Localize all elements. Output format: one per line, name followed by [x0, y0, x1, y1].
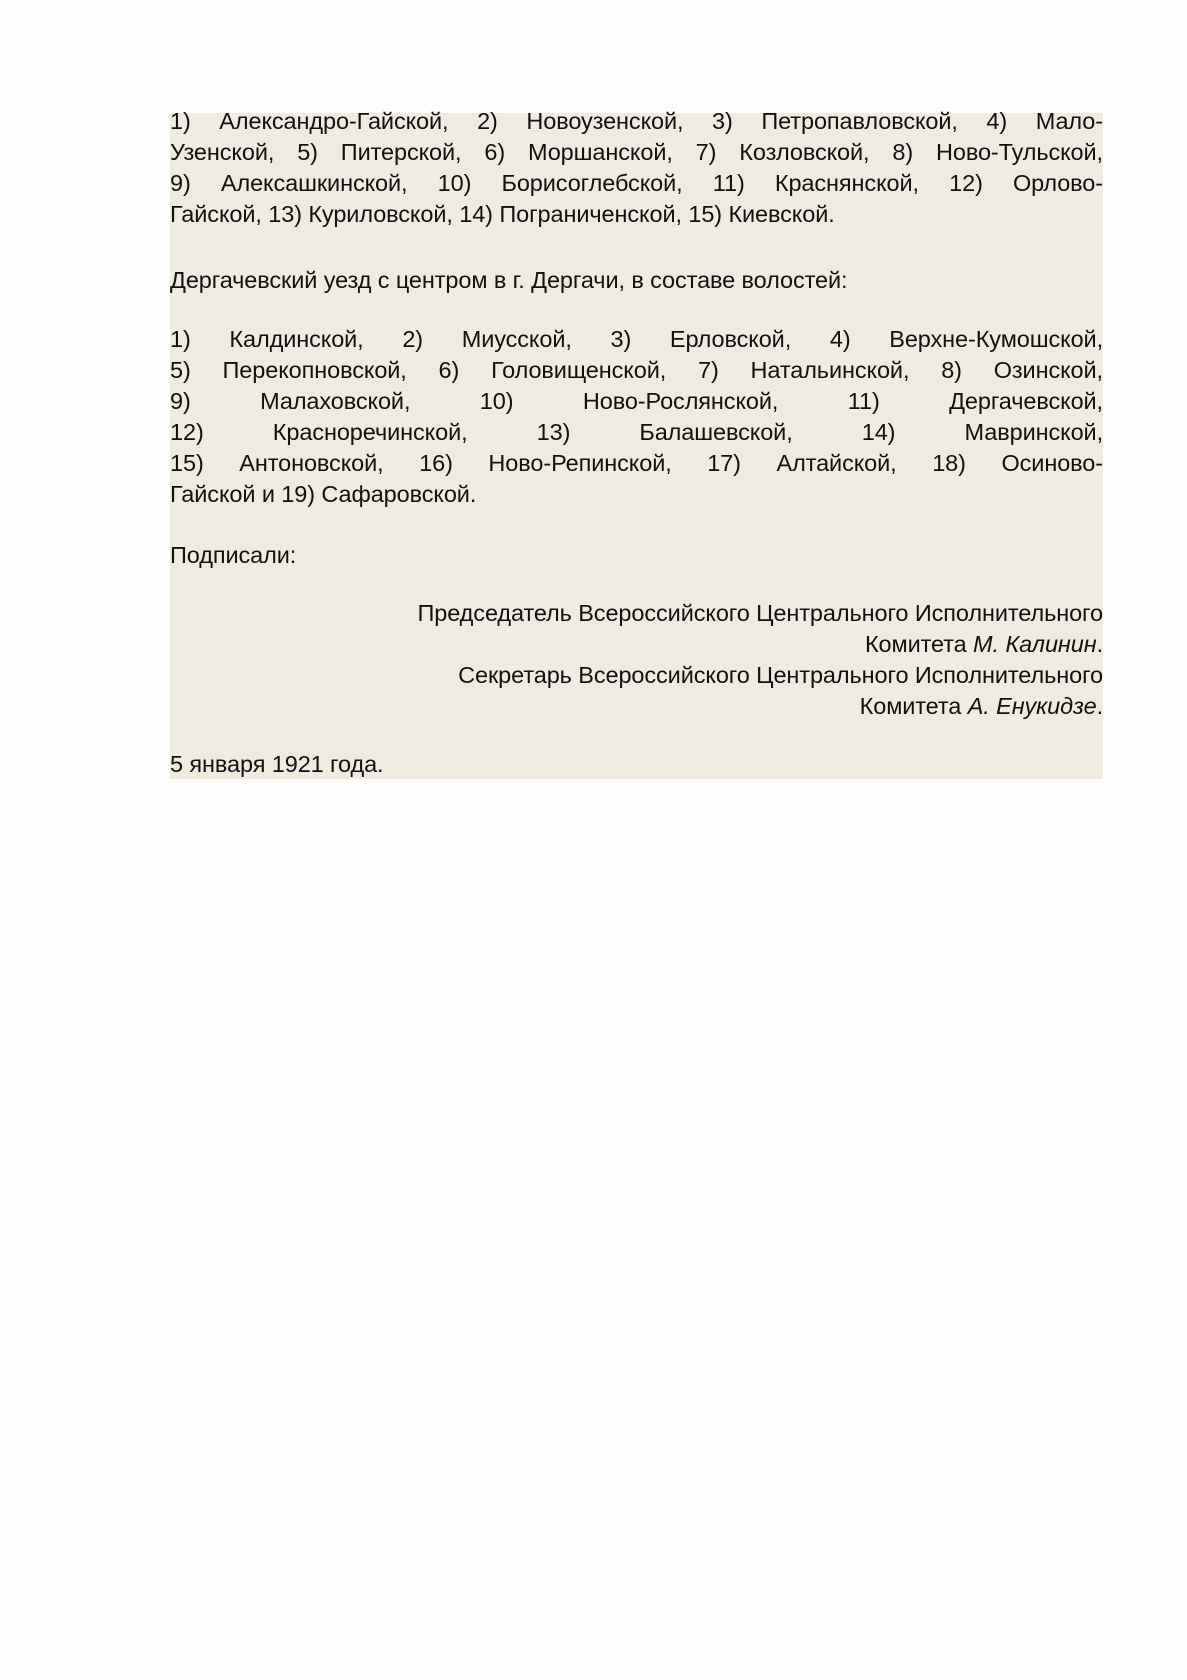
signed-label-text: Подписали:: [170, 540, 1103, 571]
signature-name-line-secretary: Комитета А. Енукидзе.: [170, 691, 1103, 722]
signature-title-chairman: Председатель Всероссийского Центрального…: [170, 598, 1103, 629]
list-line: 15) Антоновской, 16) Ново-Репинской, 17)…: [170, 448, 1103, 479]
signature-name-line-chairman: Комитета М. Калинин.: [170, 629, 1103, 660]
document-date: 5 января 1921 года.: [170, 749, 1103, 780]
list-line: 9) Малаховской, 10) Ново-Рослянской, 11)…: [170, 386, 1103, 417]
list-line: 9) Алексашкинской, 10) Борисоглебской, 1…: [170, 168, 1103, 199]
list-line: Узенской, 5) Питерской, 6) Моршанской, 7…: [170, 137, 1103, 168]
period: .: [1097, 631, 1103, 657]
list-line: Гайской, 13) Куриловской, 14) Пограничен…: [170, 199, 1103, 230]
volost-list-novouzensky: 1) Александро-Гайской, 2) Новоузенской, …: [170, 106, 1103, 230]
signatures-block: Председатель Всероссийского Центрального…: [170, 598, 1103, 722]
uezd-heading: Дергачевский уезд с центром в г. Дергачи…: [170, 265, 1103, 296]
committee-word: Комитета: [860, 693, 962, 719]
signatory-name-enukidze: А. Енукидзе: [968, 693, 1097, 719]
committee-word: Комитета: [865, 631, 967, 657]
list-line: 12) Красноречинской, 13) Балашевской, 14…: [170, 417, 1103, 448]
signatory-name-kalinin: М. Калинин: [973, 631, 1097, 657]
date-text: 5 января 1921 года.: [170, 749, 1103, 780]
period: .: [1097, 693, 1103, 719]
list-line: 1) Александро-Гайской, 2) Новоузенской, …: [170, 106, 1103, 137]
signed-label: Подписали:: [170, 540, 1103, 571]
list-line: 5) Перекопновской, 6) Головищенской, 7) …: [170, 355, 1103, 386]
signature-title-secretary: Секретарь Всероссийского Центрального Ис…: [170, 660, 1103, 691]
list-line: 1) Калдинской, 2) Миусской, 3) Ерловской…: [170, 324, 1103, 355]
list-line: Гайской и 19) Сафаровской.: [170, 479, 1103, 510]
uezd-heading-text: Дергачевский уезд с центром в г. Дергачи…: [170, 265, 1103, 296]
volost-list-dergachevsky: 1) Калдинской, 2) Миусской, 3) Ерловской…: [170, 324, 1103, 510]
